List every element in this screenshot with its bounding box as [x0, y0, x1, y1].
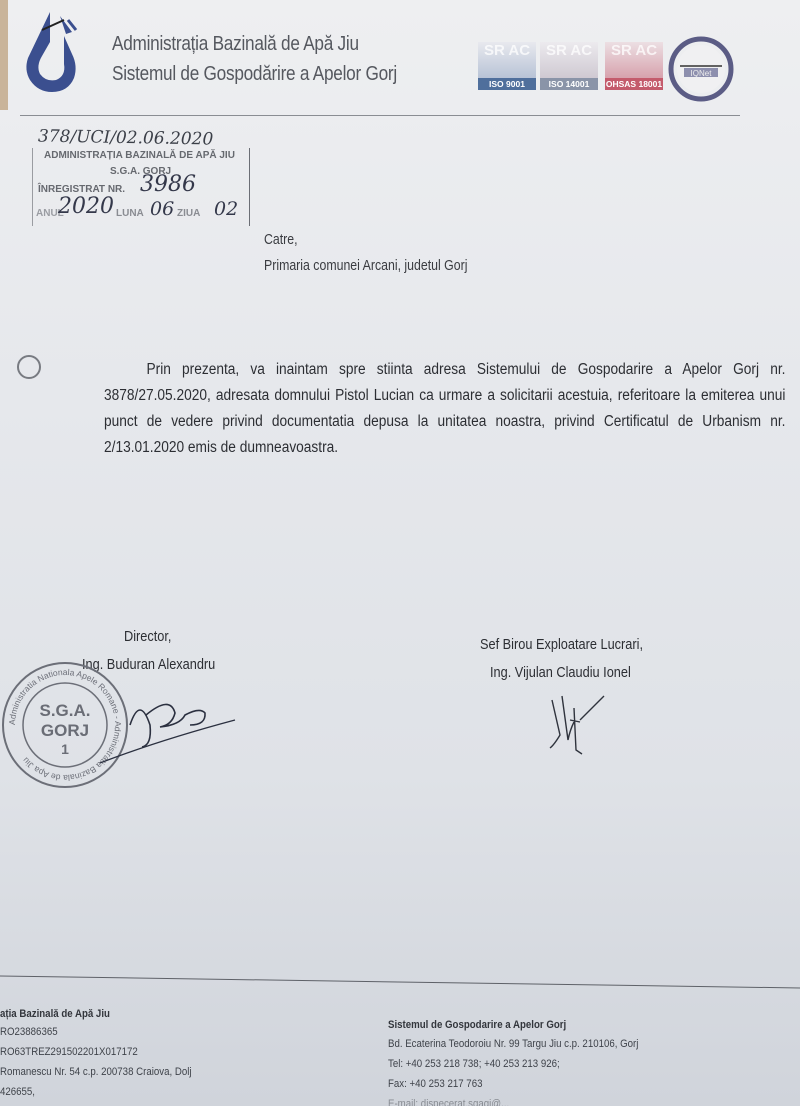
handwritten-reference: 378/UCI/02.06.2020 [38, 126, 214, 149]
body-paragraph: Prin prezenta, va inaintam spre stiinta … [104, 357, 785, 461]
stamp-month: 06 [150, 198, 174, 220]
footer-right-address: Bd. Ecaterina Teodoroiu Nr. 99 Targu Jiu… [388, 1038, 638, 1050]
footer-left-line-2: RO63TREZ291502201X017172 [0, 1046, 138, 1058]
cert-mark: SR AC [540, 42, 598, 78]
stamp-day: 02 [214, 198, 238, 220]
cert-mark: SR AC [478, 42, 536, 78]
letterhead-divider [20, 115, 740, 116]
svg-text:IQNet: IQNet [691, 69, 713, 78]
footer-left-title: ația Bazinală de Apă Jiu [0, 1008, 110, 1020]
water-drop-logo-icon [20, 8, 82, 94]
footer-divider [0, 972, 800, 992]
footer-left-line-3: Romanescu Nr. 54 c.p. 200738 Craiova, Do… [0, 1066, 192, 1078]
signature-left-title: Director, [124, 628, 171, 645]
svg-text:1: 1 [61, 741, 69, 757]
footer-right-fax: Fax: +40 253 217 763 [388, 1078, 482, 1090]
cert-badge-iso-9001: SR AC ISO 9001 [478, 42, 536, 90]
punch-hole-mark [17, 355, 41, 379]
cert-label: OHSAS 18001 [605, 78, 663, 90]
engineer-signature [540, 690, 620, 760]
cert-badge-ohsas-18001: SR AC OHSAS 18001 [605, 42, 663, 90]
stamp-year: 2020 [58, 194, 114, 219]
footer-left-line-4: 426655, [0, 1086, 35, 1098]
recipient-salutation: Catre, [264, 232, 298, 248]
letter-body: Prin prezenta, va inaintam spre stiinta … [104, 357, 785, 461]
signature-right-title: Sef Birou Exploatare Lucrari, [480, 636, 643, 653]
page-edge-shadow [0, 0, 8, 110]
stamp-registered-number: 3986 [140, 172, 196, 197]
footer-left-line-1: RO23886365 [0, 1026, 58, 1038]
iqnet-seal-icon: IQNet [668, 36, 734, 102]
letterhead-line-2: Sistemul de Gospodărire a Apelor Gorj [112, 63, 397, 86]
cert-badge-iso-14001: SR AC ISO 14001 [540, 42, 598, 90]
director-signature [80, 685, 240, 765]
stamp-month-label: LUNA [116, 208, 144, 219]
footer-right-title: Sistemul de Gospodarire a Apelor Gorj [388, 1019, 566, 1031]
footer-right-tel: Tel: +40 253 218 738; +40 253 213 926; [388, 1058, 560, 1070]
stamp-institution: ADMINISTRAȚIA BAZINALĂ DE APĂ JIU [44, 150, 235, 161]
cert-mark: SR AC [605, 42, 663, 78]
cert-label: ISO 14001 [540, 78, 598, 90]
stamp-day-label: ZIUA [177, 208, 200, 219]
footer-right-email: E-mail: dispecerat.sgagj@... [388, 1098, 509, 1106]
letterhead-line-1: Administrația Bazinală de Apă Jiu [112, 33, 359, 56]
cert-label: ISO 9001 [478, 78, 536, 90]
signature-right-name: Ing. Vijulan Claudiu Ionel [490, 664, 631, 681]
recipient-name: Primaria comunei Arcani, judetul Gorj [264, 258, 467, 274]
